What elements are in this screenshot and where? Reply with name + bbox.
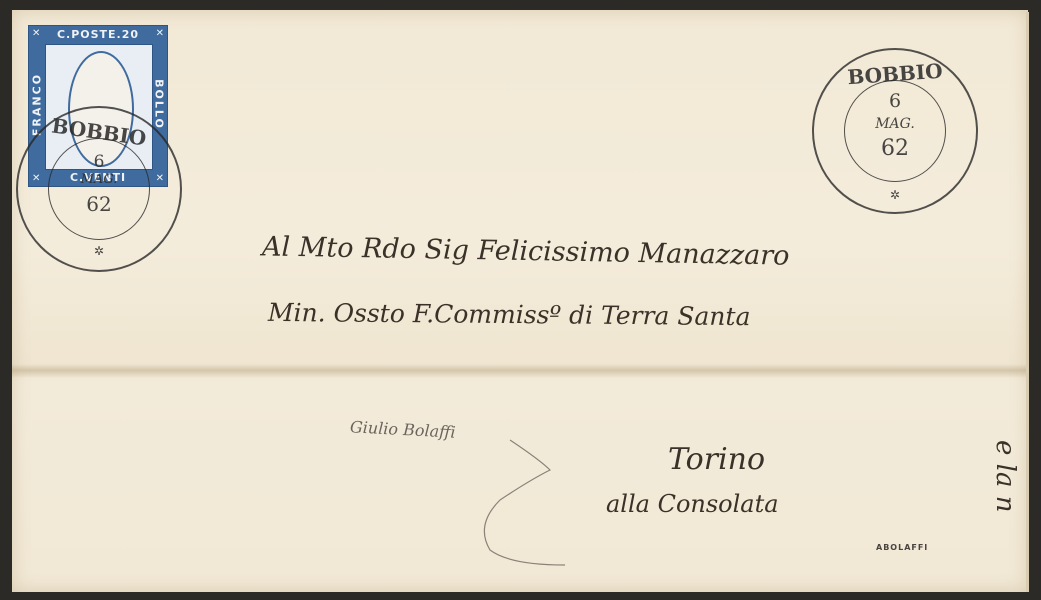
address-line-4: alla Consolata <box>606 490 779 518</box>
pencil-flourish <box>470 430 570 570</box>
address-city: Torino <box>668 442 765 477</box>
postmark-month: MAG. <box>18 172 180 187</box>
postmark-day: 6 <box>814 90 976 112</box>
corner-ornament-icon: ✕ <box>156 28 164 39</box>
address-line-2: Min. Ossto F.Commissº di Terra Santa <box>268 298 751 331</box>
margin-writing: e la n <box>990 440 1020 512</box>
postmark-day: 6 <box>18 152 180 172</box>
postmark-on-stamp: BOBBIO 6 MAG. 62 ✲ <box>16 106 182 272</box>
expert-mark: ABOLAFFI <box>876 543 928 552</box>
letter-edge <box>1026 12 1029 592</box>
postmark-year: 62 <box>814 136 976 161</box>
fold-crease <box>12 364 1028 378</box>
postmark-ornament-icon: ✲ <box>814 188 976 202</box>
postmark-year: 62 <box>18 192 180 216</box>
corner-ornament-icon: ✕ <box>32 28 40 39</box>
postmark-month: MAG. <box>814 116 976 132</box>
postmark-right: BOBBIO 6 MAG. 62 ✲ <box>812 48 978 214</box>
stamp-top-text: C.POSTE.20 <box>29 28 167 41</box>
postmark-ornament-icon: ✲ <box>18 244 180 258</box>
